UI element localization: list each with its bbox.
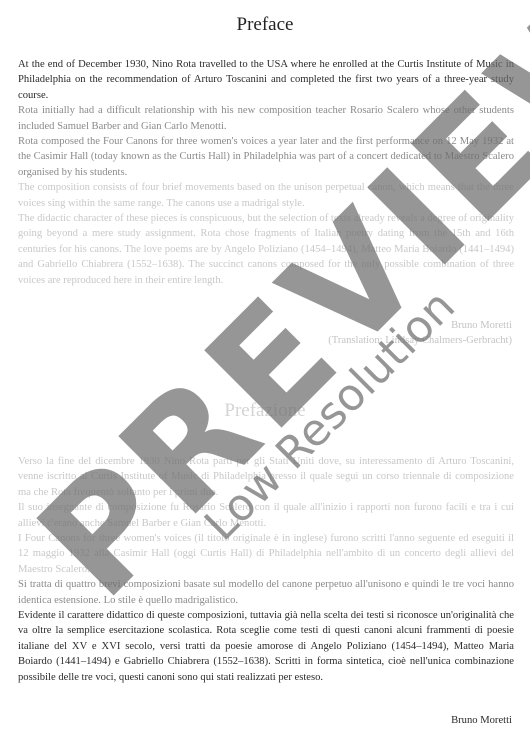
english-paragraph: The didactic character of these pieces i… — [18, 211, 514, 288]
document-page: Preface At the end of December 1930, Nin… — [0, 0, 530, 750]
english-paragraph: The composition consists of four brief m… — [18, 180, 514, 211]
italian-paragraph: Evidente il carattere didattico di quest… — [18, 608, 514, 685]
italian-paragraph: Verso la fine del dicembre 1930 Nino Rot… — [18, 454, 514, 500]
english-signature-block: Bruno Moretti (Translation: Lindsay Chal… — [328, 318, 512, 349]
english-paragraph: Rota composed the Four Canons for three … — [18, 134, 514, 180]
english-paragraph: At the end of December 1930, Nino Rota t… — [18, 57, 514, 103]
italian-paragraph: I Four Canons for three women's voices (… — [18, 531, 514, 577]
italian-signature: Bruno Moretti — [451, 713, 512, 728]
italian-paragraph: Si tratta di quattro brevi composizioni … — [18, 577, 514, 608]
page-title-italian: Prefazione — [0, 400, 530, 422]
english-paragraph: Rota initially had a difficult relations… — [18, 103, 514, 134]
italian-body: Verso la fine del dicembre 1930 Nino Rot… — [18, 454, 514, 685]
page-title-english: Preface — [0, 14, 530, 36]
italian-paragraph: Il suo insegnante di composizione fu Ros… — [18, 500, 514, 531]
translator-credit: (Translation: Lindsay Chalmers-Gerbracht… — [328, 333, 512, 348]
english-body: At the end of December 1930, Nino Rota t… — [18, 57, 514, 288]
english-signature: Bruno Moretti — [328, 318, 512, 333]
